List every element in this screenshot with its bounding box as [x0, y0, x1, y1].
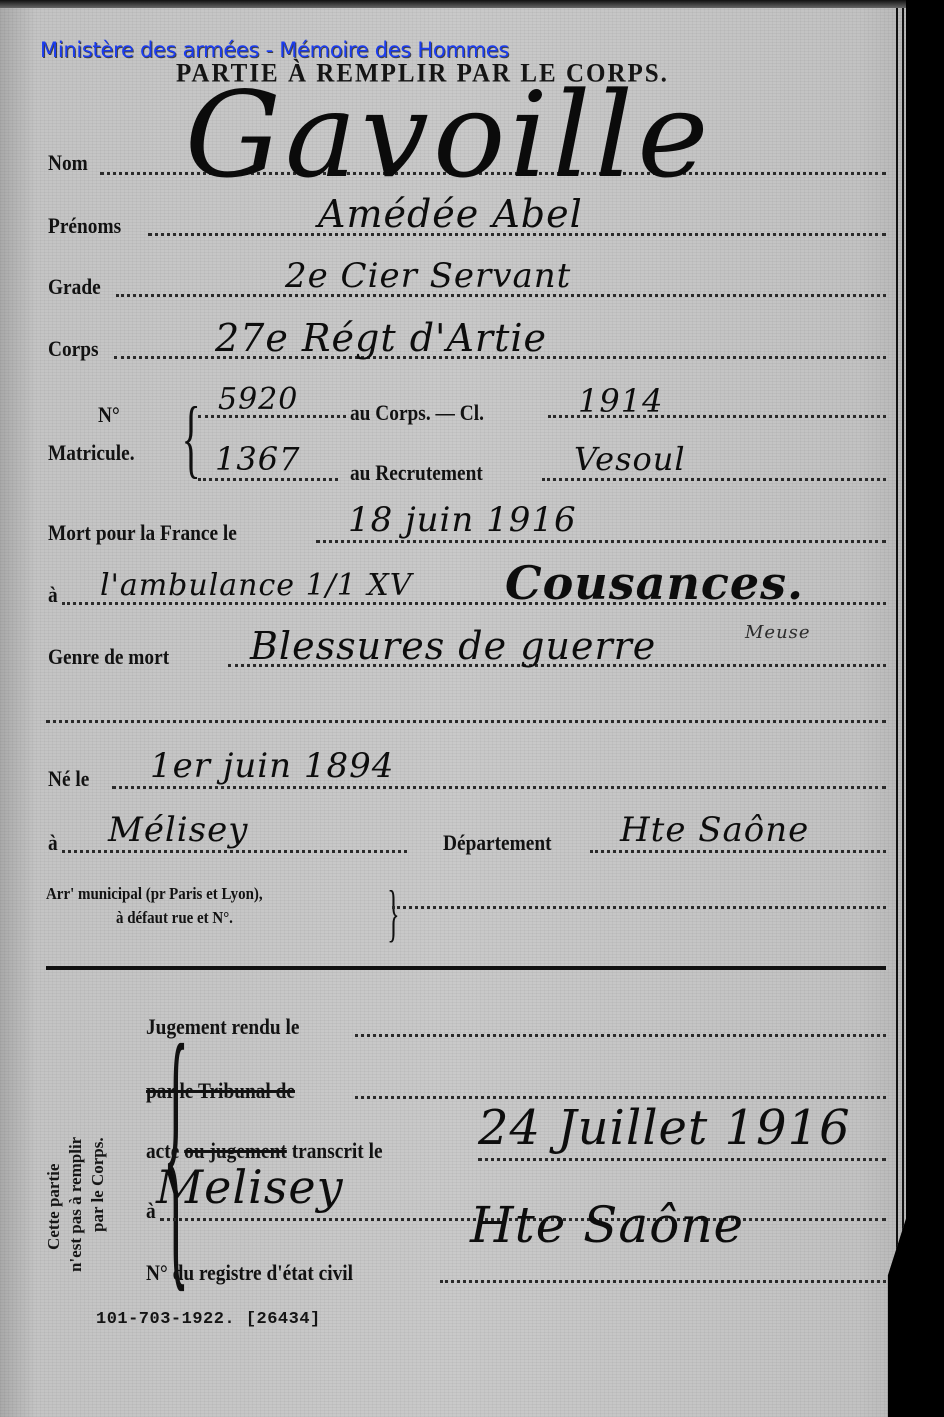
recrutement-place-line	[542, 478, 886, 481]
acte-value: 24 Juillet 1916	[478, 1100, 851, 1156]
side-note-line-1: Cette partie	[44, 1164, 64, 1250]
side-note-line-3: par le Corps.	[88, 1137, 108, 1232]
lieu-naissance-value: Mélisey	[108, 810, 248, 850]
mort-label: Mort pour la France le	[48, 520, 237, 546]
lieu-naissance-line	[62, 850, 407, 853]
lieu-mort-label: à	[48, 582, 58, 608]
side-note-line-2: n'est pas à remplir	[66, 1137, 86, 1272]
departement-label: Département	[443, 830, 552, 856]
au-recrutement-label: au Recrutement	[350, 460, 483, 486]
civil-lieu-value: Melisey	[156, 1160, 344, 1214]
watermark: Ministère des armées - Mémoire des Homme…	[40, 38, 509, 62]
document-page: Ministère des armées - Mémoire des Homme…	[0, 0, 906, 1417]
civil-lieu-dept: Hte Saône	[470, 1196, 744, 1254]
section-divider	[46, 966, 886, 970]
prenoms-value: Amédée Abel	[318, 192, 583, 236]
tribunal-line	[355, 1096, 886, 1099]
matricule-brace: {	[182, 388, 201, 489]
grade-label: Grade	[48, 274, 101, 300]
lieu-mort-value: l'ambulance 1/1 XV	[100, 568, 412, 603]
border-line-outer	[902, 8, 904, 1408]
mort-value: 18 juin 1916	[348, 500, 577, 540]
form-reference: 101-703-1922. [26434]	[96, 1310, 321, 1329]
classe-value: 1914	[578, 382, 663, 420]
arrondissement-brace: }	[387, 876, 399, 950]
arrondissement-label-2: à défaut rue et N°.	[116, 908, 233, 928]
side-note: Cette partie n'est pas à remplir par le …	[44, 1040, 134, 1280]
matricule-label: Matricule.	[48, 440, 135, 466]
departement-value: Hte Saône	[620, 810, 809, 850]
genre-mort-label: Genre de mort	[48, 644, 169, 670]
jugement-label: Jugement rendu le	[146, 1014, 299, 1040]
tribunal-label: par le Tribunal de	[146, 1078, 295, 1104]
ne-le-label: Né le	[48, 766, 89, 792]
departement-line	[590, 850, 886, 853]
arrondissement-label-1: Arr' municipal (pr Paris et Lyon),	[46, 884, 263, 904]
grade-value: 2e Cier Servant	[285, 256, 571, 296]
au-corps-label: au Corps. — Cl.	[350, 400, 484, 426]
arrondissement-line	[392, 906, 886, 909]
recrutement-number: 1367	[215, 440, 300, 478]
lieu-naissance-label: à	[48, 830, 58, 856]
nom-label: Nom	[48, 150, 88, 176]
genre-mort-value: Blessures de guerre	[250, 624, 656, 668]
corps-label: Corps	[48, 336, 99, 362]
acte-line	[478, 1158, 886, 1161]
registre-label: N° du registre d'état civil	[146, 1260, 353, 1286]
recrutement-number-line	[198, 478, 338, 481]
jugement-line	[355, 1034, 886, 1037]
genre-mort-note: Meuse	[745, 622, 811, 643]
prenoms-label: Prénoms	[48, 213, 121, 239]
civil-lieu-label: à	[146, 1198, 156, 1224]
corps-value: 27e Régt d'Artie	[215, 316, 547, 360]
mort-line	[316, 540, 886, 543]
matricule-label-no: N°	[98, 402, 120, 428]
lieu-mort-place: Cousances.	[505, 556, 804, 610]
scan-top-edge	[0, 0, 906, 8]
recrutement-place: Vesoul	[574, 440, 686, 478]
ne-le-value: 1er juin 1894	[150, 746, 394, 786]
corps-number: 5920	[218, 382, 298, 417]
border-line-inner	[896, 8, 898, 1408]
nom-value: Gavoille	[185, 66, 713, 204]
ne-le-line	[112, 786, 886, 789]
blank-line	[46, 720, 886, 723]
registre-line	[440, 1280, 886, 1283]
